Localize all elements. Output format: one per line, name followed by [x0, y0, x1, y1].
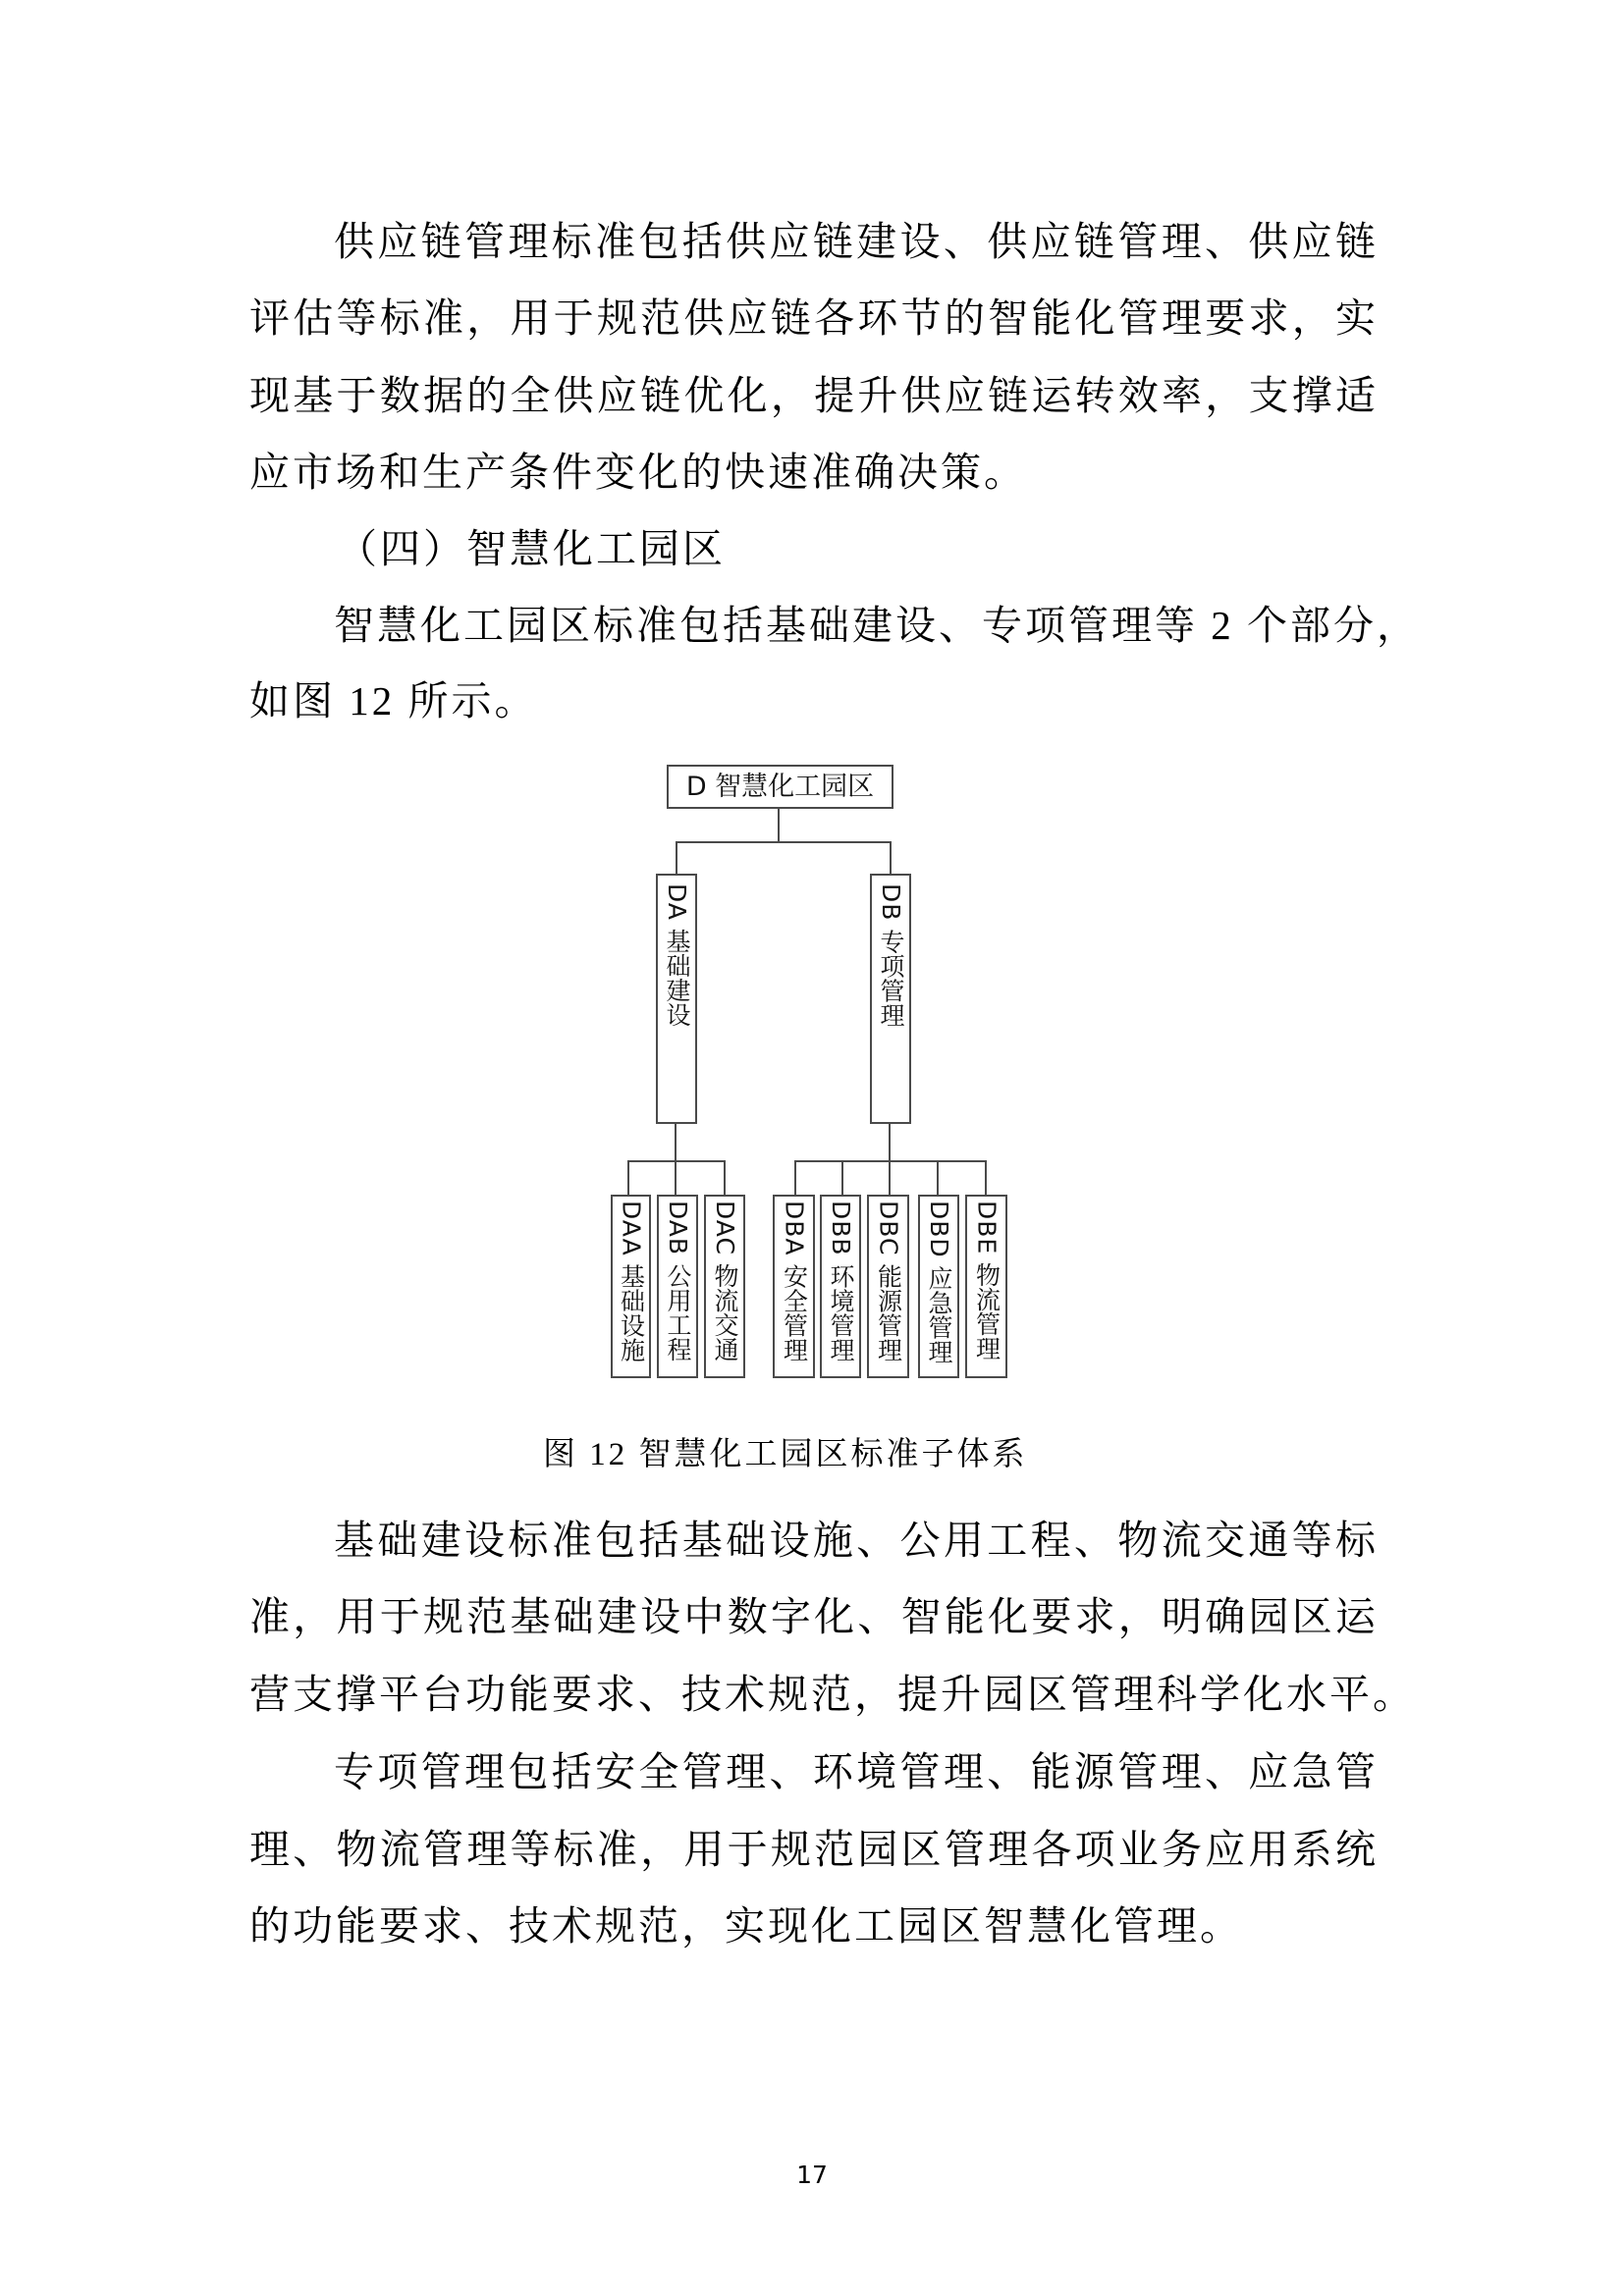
paragraph-line: 评估等标准，用于规范供应链各环节的智能化管理要求，实: [249, 294, 1379, 342]
section-heading: （四）智慧化工园区: [337, 525, 726, 572]
paragraph-line: 智慧化工园区标准包括基础建设、专项管理等 2 个部分，: [334, 602, 1379, 649]
paragraph-line: 基础建设标准包括基础设施、公用工程、物流交通等标: [334, 1517, 1379, 1564]
connector-line: [675, 1160, 677, 1196]
connector-line: [627, 1160, 726, 1162]
paragraph-line: 现基于数据的全供应链优化，提升供应链运转效率，支撑适: [249, 372, 1379, 419]
node-label: DB 专项管理: [876, 883, 905, 1027]
diagram-node-daa: DAA 基础设施: [611, 1195, 651, 1378]
paragraph-line: 供应链管理标准包括供应链建设、供应链管理、供应链: [334, 218, 1379, 265]
figure-caption: 图 12 智慧化工园区标准子体系: [543, 1433, 1004, 1476]
connector-line: [676, 841, 892, 843]
diagram-node-dba: DBA 安全管理: [773, 1195, 815, 1378]
connector-line: [937, 1160, 939, 1196]
node-label: DBC 能源管理: [874, 1201, 903, 1362]
diagram-node-dab: DAB 公用工程: [657, 1195, 698, 1378]
connector-line: [724, 1160, 726, 1196]
node-label: DAC 物流交通: [710, 1201, 739, 1362]
diagram-node-db: DB 专项管理: [870, 874, 911, 1124]
node-label: DBB 环境管理: [826, 1201, 855, 1362]
paragraph-line: 如图 12 所示。: [249, 677, 1379, 724]
node-label: DAB 公用工程: [663, 1201, 692, 1362]
connector-line: [889, 1123, 891, 1162]
connector-line: [627, 1160, 629, 1196]
connector-line: [890, 841, 892, 875]
diagram-node-dbc: DBC 能源管理: [867, 1195, 909, 1378]
paragraph-line: 应市场和生产条件变化的快速准确决策。: [249, 449, 1379, 496]
node-label: DAA 基础设施: [617, 1201, 646, 1362]
diagram-node-dac: DAC 物流交通: [704, 1195, 745, 1378]
connector-line: [675, 1123, 677, 1162]
connector-line: [778, 808, 780, 843]
paragraph-line: 营支撑平台功能要求、技术规范，提升园区管理科学化水平。: [249, 1671, 1379, 1718]
diagram-node-dbe: DBE 物流管理: [965, 1195, 1007, 1378]
paragraph-line: 准，用于规范基础建设中数字化、智能化要求，明确园区运: [249, 1593, 1379, 1640]
node-label: DBE 物流管理: [972, 1201, 1001, 1361]
page-number: 17: [785, 2162, 839, 2189]
paragraph-line: 的功能要求、技术规范，实现化工园区智慧化管理。: [249, 1902, 1379, 1949]
diagram-node-dbd: DBD 应急管理: [918, 1195, 959, 1378]
node-label: DBD 应急管理: [924, 1201, 953, 1364]
connector-line: [676, 841, 677, 875]
connector-line: [794, 1160, 796, 1196]
node-label: DA 基础建设: [662, 883, 691, 1027]
diagram-root-node: D 智慧化工园区: [667, 765, 893, 809]
connector-line: [985, 1160, 987, 1196]
connector-line: [841, 1160, 843, 1196]
diagram-node-dbb: DBB 环境管理: [820, 1195, 861, 1378]
paragraph-line: 专项管理包括安全管理、环境管理、能源管理、应急管: [334, 1748, 1379, 1795]
diagram-node-da: DA 基础建设: [656, 874, 697, 1124]
connector-line: [889, 1160, 891, 1196]
node-label: D 智慧化工园区: [686, 772, 874, 802]
node-label: DBA 安全管理: [780, 1201, 809, 1362]
paragraph-line: 理、物流管理等标准，用于规范园区管理各项业务应用系统: [249, 1826, 1379, 1873]
connector-line: [794, 1160, 987, 1162]
